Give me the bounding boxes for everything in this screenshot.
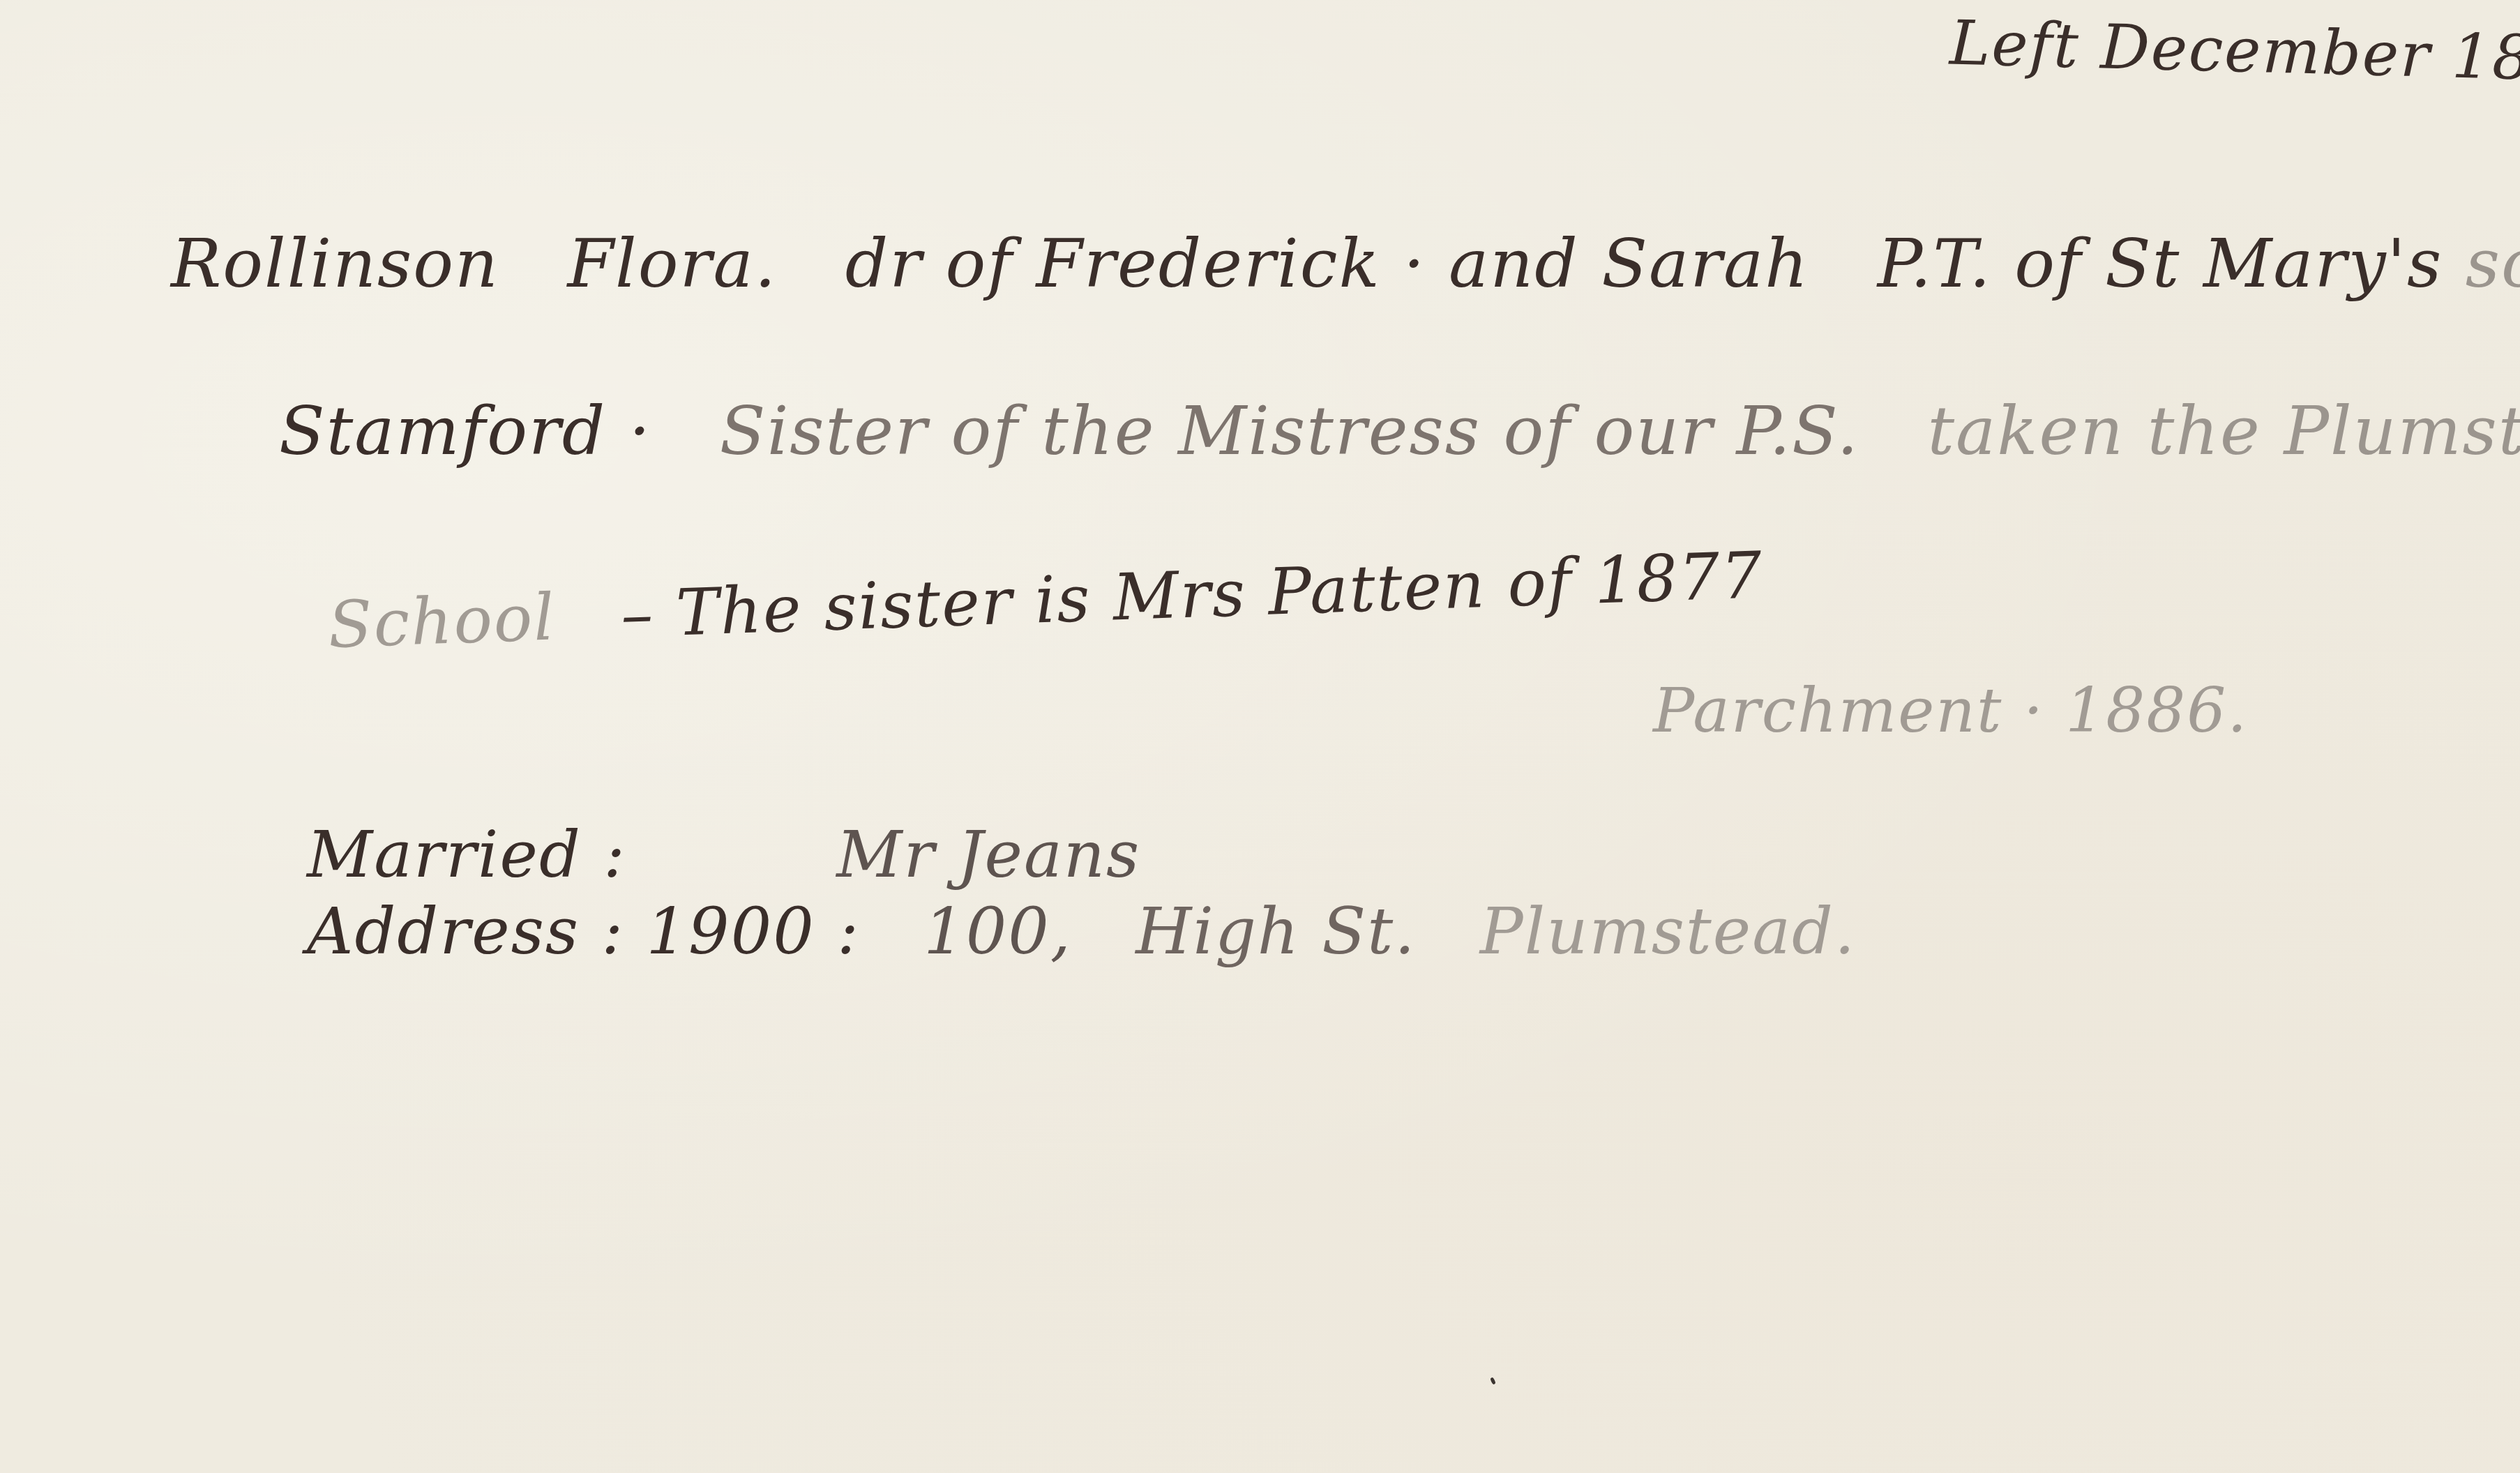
surname: Rollinson	[171, 225, 499, 303]
address-number: 100,	[923, 894, 1072, 969]
address-street: High St.	[1135, 894, 1416, 969]
married-line: Married : Mr Jeans	[307, 823, 1140, 887]
parents: dr of Frederick · and Sarah	[845, 225, 1809, 303]
address-line: Address : 1900 : 100, High St. Plumstead…	[307, 900, 1856, 964]
forename: Flora.	[567, 225, 777, 303]
parchment-note: Parchment · 1886.	[1653, 680, 2248, 741]
school-word: school	[2466, 225, 2520, 303]
register-page: Left December 1883 Rollinson Flora. dr o…	[0, 0, 2520, 1473]
school-word: School	[327, 580, 557, 663]
sister-note: – The sister is Mrs Patten of 1877	[619, 538, 1765, 652]
left-date-note: Left December 1883	[1949, 13, 2520, 91]
married-label: Married :	[307, 817, 626, 892]
origin: P.T. of St Mary's	[1878, 225, 2443, 303]
detail: taken the Plumstead Road	[1928, 392, 2520, 470]
relation: Sister of the Mistress of our P.S.	[720, 392, 1859, 470]
entry-line-2: Stamford · Sister of the Mistress of our…	[279, 398, 2520, 464]
entry-line-1: Rollinson Flora. dr of Frederick · and S…	[171, 230, 2520, 297]
married-value: Mr Jeans	[836, 817, 1140, 892]
address-town: Plumstead.	[1480, 894, 1856, 969]
entry-line-3: School – The sister is Mrs Patten of 187…	[327, 543, 1765, 658]
ink-speck	[1490, 1377, 1496, 1384]
place: Stamford ·	[279, 392, 651, 470]
address-label: Address : 1900 :	[307, 894, 860, 969]
